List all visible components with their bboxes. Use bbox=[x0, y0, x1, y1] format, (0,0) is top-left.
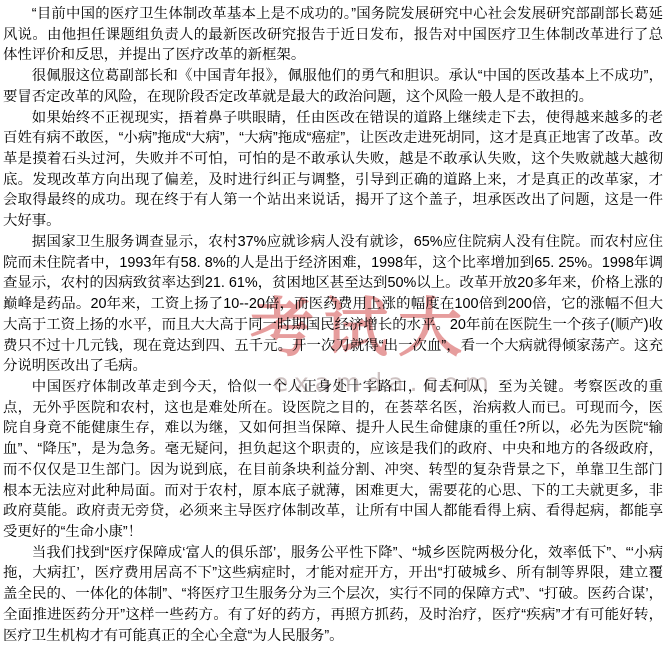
paragraph: 中国医疗体制改革走到今天，恰似一个人正身处十字路口，何去何从，至为关键。考察医改… bbox=[3, 377, 663, 543]
paragraph: 很佩服这位葛副部长和《中国青年报》，佩服他们的勇气和胆识。承认“中国的医改基本上… bbox=[3, 66, 663, 107]
article-body: “目前中国的医疗卫生体制改革基本上是不成功的。”国务院发展研究中心社会发展研究部… bbox=[0, 0, 666, 646]
article-page: 考试大 examda.com “目前中国的医疗卫生体制改革基本上是不成功的。”国… bbox=[0, 0, 666, 664]
paragraph: 如果始终不正视现实，捂着鼻子哄眼睛，任由医改在错误的道路上继续走下去，使得越来越… bbox=[3, 108, 663, 232]
paragraph: 据国家卫生服务调查显示，农村37%应就诊病人没有就诊，65%应住院病人没有住院。… bbox=[3, 232, 663, 377]
paragraph: “目前中国的医疗卫生体制改革基本上是不成功的。”国务院发展研究中心社会发展研究部… bbox=[3, 4, 663, 66]
paragraph: 当我们找到“医疗保障成‘富人的俱乐部’，服务公平性下降”、“城乡医院两极分化，效… bbox=[3, 543, 663, 647]
